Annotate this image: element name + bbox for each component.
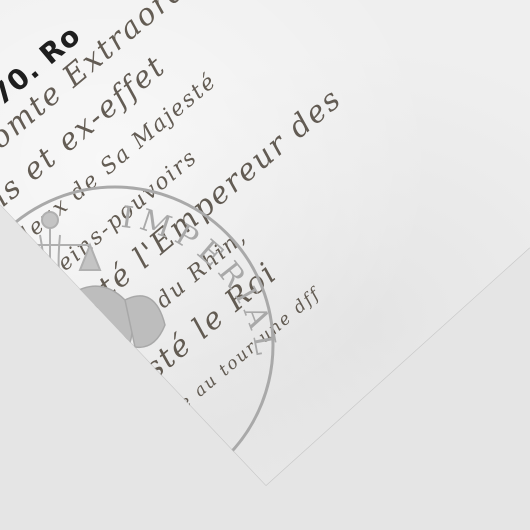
svg-text:E: E <box>45 425 63 453</box>
justice-scales-icon <box>0 212 100 325</box>
imperial-seal-stamp: IMPERIAL <box>0 175 280 505</box>
eagle-icon <box>60 286 165 400</box>
seal-graphic: IMPERIAL <box>0 175 280 505</box>
document-sheet: 70. Ro eoute cirque et efl Compte Comte … <box>0 0 530 530</box>
product-photo: 70. Ro eoute cirque et efl Compte Comte … <box>0 0 530 530</box>
svg-text:C: C <box>100 459 114 480</box>
